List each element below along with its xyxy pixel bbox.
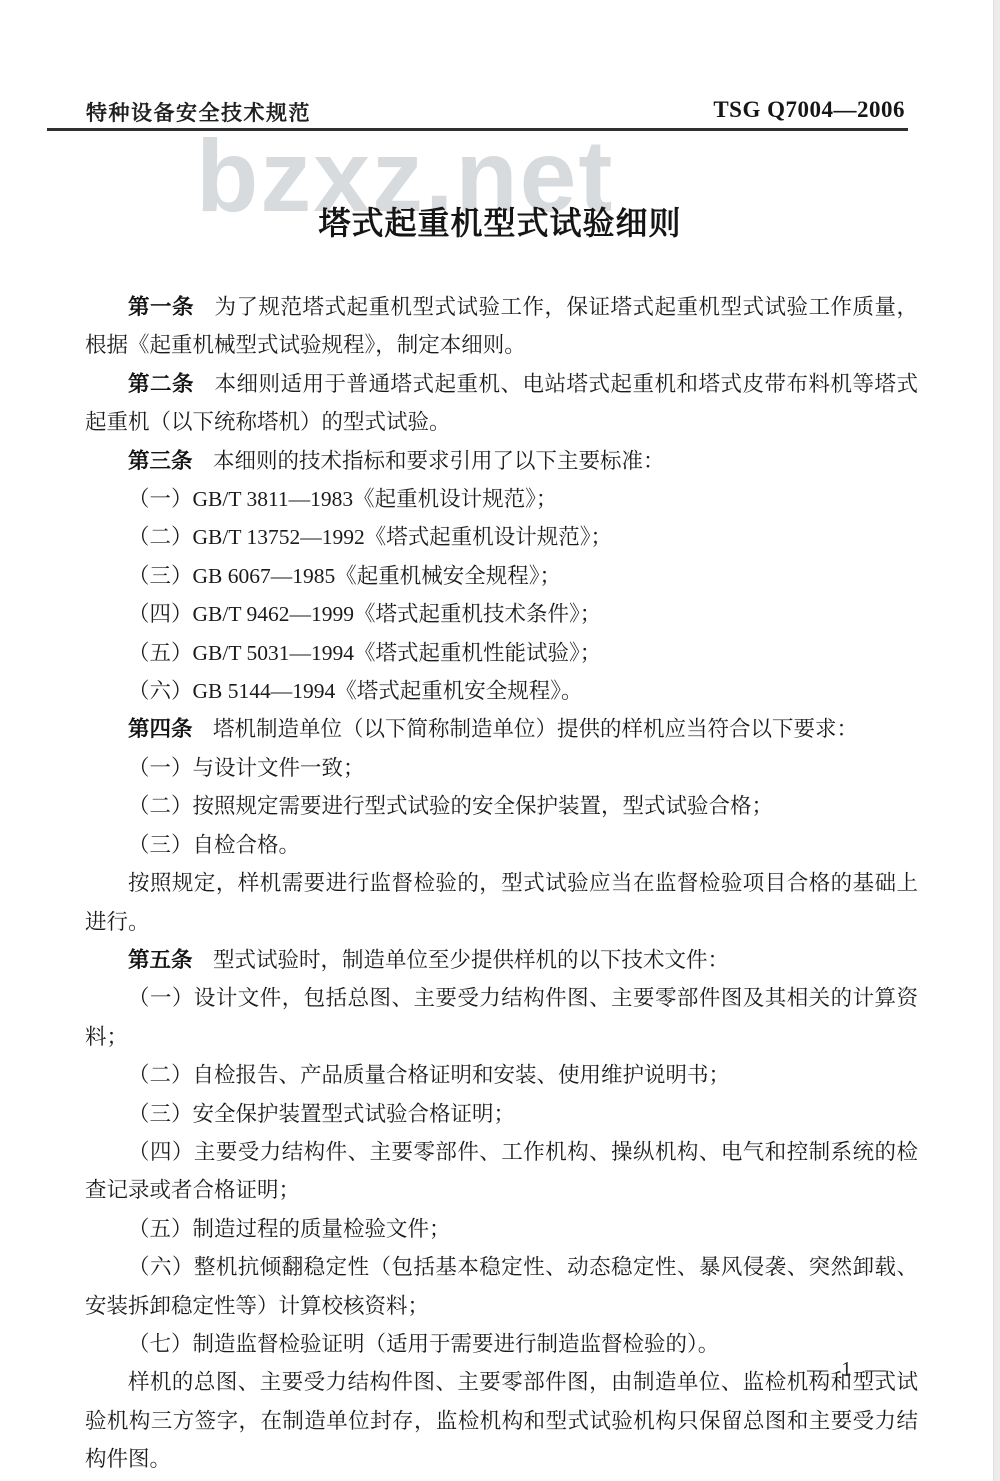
article-5-label: 第五条: [128, 948, 193, 972]
list-item-document-3: （三）安全保护装置型式试验合格证明；: [85, 1095, 918, 1133]
list-item-document-6: （六）整机抗倾翻稳定性（包括基本稳定性、动态稳定性、暴风侵袭、突然卸载、安装拆卸…: [85, 1248, 918, 1325]
list-item-standard-1: （一）GB/T 3811—1983《起重机设计规范》；: [85, 480, 918, 518]
list-item-document-7: （七）制造监督检验证明（适用于需要进行制造监督检验的）。: [85, 1325, 918, 1363]
paragraph-supervision-note: 按照规定，样机需要进行监督检验的，型式试验应当在监督检验项目合格的基础上进行。: [85, 864, 918, 941]
article-2-label: 第二条: [128, 372, 194, 396]
article-5-text: 型式试验时，制造单位至少提供样机的以下技术文件：: [213, 948, 729, 972]
list-item-standard-4: （四）GB/T 9462—1999《塔式起重机技术条件》；: [85, 595, 918, 633]
list-item-requirement-2: （二）按照规定需要进行型式试验的安全保护装置，型式试验合格；: [85, 787, 918, 825]
list-item-document-2: （二）自检报告、产品质量合格证明和安装、使用维护说明书；: [85, 1056, 918, 1094]
paragraph-article-5: 第五条型式试验时，制造单位至少提供样机的以下技术文件：: [85, 941, 918, 979]
list-item-standard-3: （三）GB 6067—1985《起重机械安全规程》；: [85, 557, 918, 595]
paragraph-article-4: 第四条塔机制造单位（以下简称制造单位）提供的样机应当符合以下要求：: [85, 710, 918, 748]
article-4-text: 塔机制造单位（以下简称制造单位）提供的样机应当符合以下要求：: [213, 717, 858, 741]
paragraph-article-3: 第三条本细则的技术指标和要求引用了以下主要标准：: [85, 442, 918, 480]
article-4-label: 第四条: [128, 717, 193, 741]
article-3-text: 本细则的技术指标和要求引用了以下主要标准：: [213, 449, 665, 473]
article-3-label: 第三条: [128, 449, 193, 473]
list-item-document-1: （一）设计文件，包括总图、主要受力结构件图、主要零部件图及其相关的计算资料；: [85, 979, 918, 1056]
list-item-document-5: （五）制造过程的质量检验文件；: [85, 1210, 918, 1248]
document-page: 特种设备安全技术规范 TSG Q7004—2006 bzxz.net 塔式起重机…: [0, 0, 1000, 1481]
document-body: 第一条为了规范塔式起重机型式试验工作，保证塔式起重机型式试验工作质量，根据《起重…: [85, 288, 918, 1479]
paragraph-article-2: 第二条本细则适用于普通塔式起重机、电站塔式起重机和塔式皮带布料机等塔式起重机（以…: [85, 365, 918, 442]
paragraph-article-1: 第一条为了规范塔式起重机型式试验工作，保证塔式起重机型式试验工作质量，根据《起重…: [85, 288, 918, 365]
article-2-text: 本细则适用于普通塔式起重机、电站塔式起重机和塔式皮带布料机等塔式起重机（以下统称…: [85, 372, 918, 434]
article-1-text: 为了规范塔式起重机型式试验工作，保证塔式起重机型式试验工作质量，根据《起重机械型…: [85, 295, 918, 357]
list-item-standard-2: （二）GB/T 13752—1992《塔式起重机设计规范》；: [85, 518, 918, 556]
article-1-label: 第一条: [128, 295, 194, 319]
list-item-document-4: （四）主要受力结构件、主要零部件、工作机构、操纵机构、电气和控制系统的检查记录或…: [85, 1133, 918, 1210]
list-item-standard-5: （五）GB/T 5031—1994《塔式起重机性能试验》；: [85, 634, 918, 672]
list-item-standard-6: （六）GB 5144—1994《塔式起重机安全规程》。: [85, 672, 918, 710]
paragraph-sealing-note: 样机的总图、主要受力结构件图、主要零部件图，由制造单位、监检机构和型式试验机构三…: [85, 1363, 918, 1478]
page-title: 塔式起重机型式试验细则: [0, 198, 1000, 244]
list-item-requirement-1: （一）与设计文件一致；: [85, 749, 918, 787]
list-item-requirement-3: （三）自检合格。: [85, 826, 918, 864]
